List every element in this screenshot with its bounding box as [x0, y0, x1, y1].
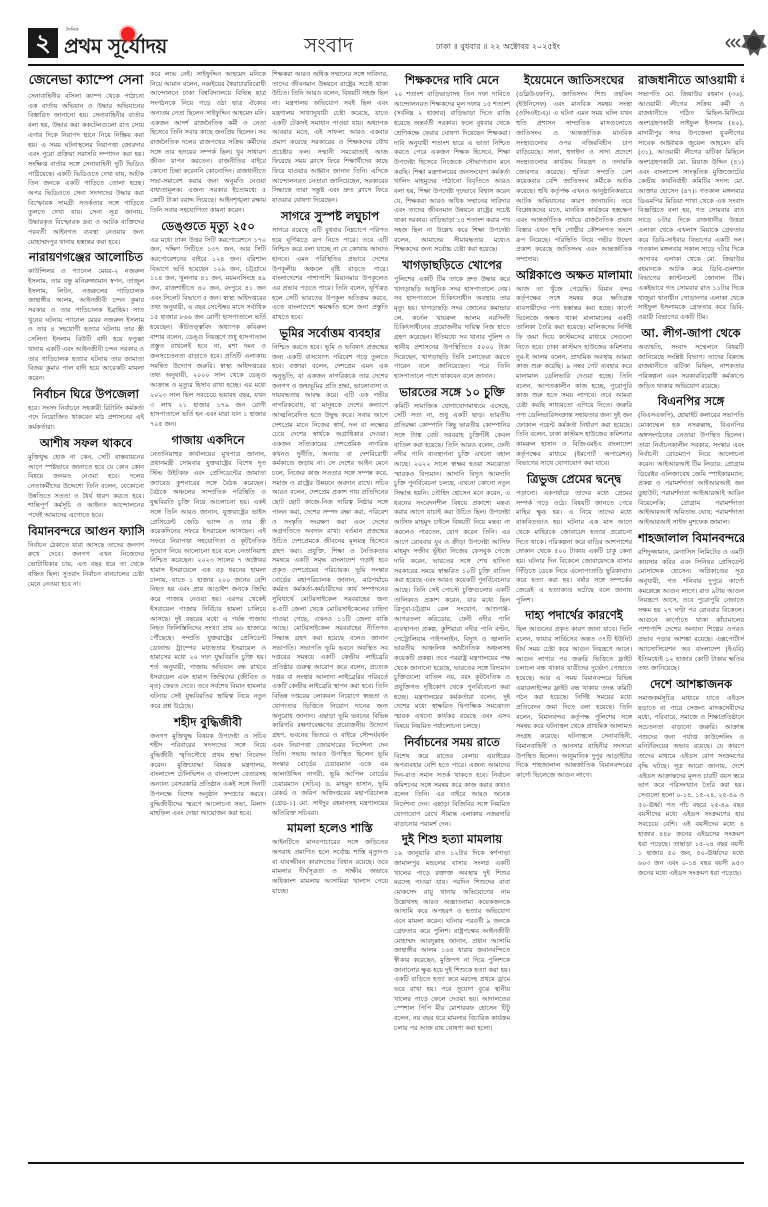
article-body: নেতানিয়াহুর কার্যালয়ের মুখপাত্র জানান,…: [150, 450, 266, 712]
article-body: ২০ শতাংশ বাড়িভাড়াসহ তিন দফা দাবিতে আন্…: [394, 90, 510, 255]
article-body: সমাজকর্মসূচির মাধ্যমে যাতে এইডস ছড়াতে ন…: [638, 694, 744, 878]
article-body: অব্যাহতি, সংবাদ সম্মেলনে বিষয়টি জানিয়ে…: [638, 343, 744, 392]
article-body: ছিল আগুনের প্রকৃত কারণ জানা যাবে। তিনি ব…: [516, 625, 632, 780]
headline: শিক্ষকদের দাবি মেনে: [394, 72, 510, 88]
article-body: আইনটিতে মানবপাচারের সঙ্গে জড়িতের অপরাধ …: [272, 838, 388, 896]
headline: দুই শিশু হত্যা মামলায়: [394, 831, 510, 847]
headline: শাহজালাল বিমানবন্দরের: [638, 530, 744, 546]
article-body: আজ তা খুঁজে পেয়েছি। বিমান বন্দর কর্তৃপক…: [516, 285, 632, 469]
column-1: জেনেভা ক্যাম্পে সেনা সেনাবাহিনীর বসিলা ক…: [28, 70, 144, 1158]
article-body: এর মধ্যে ঢাকা উত্তর সিটি করপোরেশনে ১৭০ জ…: [150, 236, 266, 430]
headline: দেশে আশঙ্কাজনক: [638, 676, 744, 692]
article-body: সভাপতি মো. জিয়াউর রহমান (৩৬), আওয়ামী ল…: [638, 90, 744, 323]
headline: নির্বাচন ঘিরে উপজেলা: [28, 386, 144, 402]
article-body: ১৯ জানুয়ারি রাত ১২টার দিকে স্বর্ণপাড়া …: [394, 849, 510, 1033]
article-body: মুক্তিযুদ্ধ হোক না কেন, সেটি বাস্তবায়নে…: [28, 453, 144, 521]
article-body: শিক্ষকরা আরও অধিক সম্মানের সঙ্গে দাবিদার…: [272, 70, 388, 206]
paper-logo: প্রথম সূর্যোদয়: [64, 32, 167, 65]
column-3: শিক্ষকরা আরও অধিক সম্মানের সঙ্গে দাবিদার…: [272, 70, 388, 1158]
headline: অগ্নিকাণ্ডে অক্ষত মালামালের: [516, 267, 632, 283]
headline: ভূমির সর্বোত্তম ব্যবহার: [272, 325, 388, 341]
article-body: বিশেষ করে রাতের বেলায় এয়াইরের অপব্যবহা…: [394, 752, 510, 830]
sun-logo-icon: [121, 27, 135, 41]
article-body: (ডব্লিউএফপি), জাতিসংঘ শিশু তহবিল (ইউনিসে…: [516, 90, 632, 265]
article-body: পুলিশের একটি টিম তাকে দ্রুত উদ্ধার করে খ…: [394, 275, 510, 382]
column-6: রাজধানীতে আওয়ামী লীগের সভাপতি মো. জিয়া…: [638, 70, 744, 1158]
headline: আ. লীগ-জাপা থেকে: [638, 325, 744, 341]
article-body: (বিএসএফপি), হোয়াইট কলারের সভাপতি মোকাম্…: [638, 411, 744, 527]
headline: ভারতের সঙ্গে ১০ চুক্তি: [394, 384, 510, 400]
headline: সাগরে সুস্পষ্ট লঘুচাপ: [272, 208, 388, 224]
headline: নারায়ণগঞ্জের আলোচিত: [28, 249, 144, 265]
article-body: নির্বাচন ঠেকাতে যারা আসছে তাদের জনগণ রুখ…: [28, 541, 144, 590]
column-2: করে লাভ নেই। সাইফুদ্দিন আহমেদ মনিকে নিয়…: [150, 70, 266, 1158]
headline: নির্বাচনের সময় রাতে: [394, 734, 510, 750]
bottom-rule: [28, 1162, 744, 1164]
headline: ইয়েমেনে জাতিসংঘের: [516, 72, 632, 88]
article-body: সেনাবাহিনীর বসিলা ক্যাম্প থেকে পাঠানো এক…: [28, 92, 144, 247]
article-body: কমিটি সামাজিক যোগাযোগমাধ্যমে এসেছে, সেটি…: [394, 402, 510, 732]
article-body: জনগণ মুক্তিযুদ্ধ বিষয়ক উপদেষ্টা ও সচিব …: [150, 732, 266, 819]
headline: গাজায় একদিনে: [150, 432, 266, 448]
article-body: রশিদুজ্জামান, মেগাসিস লিমিটেড ও এমটি কায…: [638, 548, 744, 674]
headline: শহীদ বুদ্ধিজীবী: [150, 714, 266, 730]
article-body: সাগরে রয়েছে এটি বুধবার নিম্নচাপে পরিণত …: [272, 226, 388, 323]
column-4: শিক্ষকদের দাবি মেনে ২০ শতাংশ বাড়িভাড়াস…: [394, 70, 510, 1158]
page-number: ২: [28, 28, 58, 58]
headline: রাজধানীতে আওয়ামী লীগের: [638, 72, 744, 88]
column-5: ইয়েমেনে জাতিসংঘের (ডব্লিউএফপি), জাতিসংঘ…: [516, 70, 632, 1158]
headline: আশীষ সফল থাকবে: [28, 435, 144, 451]
dateline: ঢাকা ॥ বুধবার ॥ ২২ অক্টোবর ২০২৫ইং: [436, 41, 560, 54]
headline: বিএনপির সঙ্গে: [638, 393, 744, 409]
article-body: কাউন্সিলর ও প্যানেল মেয়র-২ নজরুল ইসলাম,…: [28, 267, 144, 383]
star-ornament-icon: [720, 26, 768, 60]
headline: ত্রিভুজ প্রেমের দ্বন্দ্বে: [516, 471, 632, 487]
headline: দাহ্য পদার্থের কারণেই: [516, 607, 632, 623]
headline: খাগড়াছড়িতে খোপের: [394, 257, 510, 273]
masthead-rule: [28, 64, 744, 66]
article-body: হবে। সংসদ নির্বাচনে সহকারী রিটার্নিং কর্…: [28, 404, 144, 433]
section-title: সংবাদ: [304, 31, 353, 64]
article-body: নিশ্চিত করতে হবে। ভূমি ও ভবিষ্যৎ প্রজন্ম…: [272, 343, 388, 818]
headline: বিমানবন্দরে আগুন ফ্যাসিস্ট: [28, 523, 144, 539]
article-body: করে লাভ নেই। সাইফুদ্দিন আহমেদ মনিকে নিয়…: [150, 70, 266, 216]
masthead: ২ দৈনিক প্রথম সূর্যোদয় সংবাদ ঢাকা ॥ বুধ…: [28, 26, 744, 60]
headline: জেনেভা ক্যাম্পে সেনা: [28, 72, 144, 90]
headline: ডেঙ্গুতে মৃত্যু ২৫০: [150, 218, 266, 234]
headline: মামলা হলেও শাস্তি: [272, 820, 388, 836]
article-body: পড়ানো। একপর্যায়ে তাদের মধ্যে প্রেমের স…: [516, 489, 632, 605]
